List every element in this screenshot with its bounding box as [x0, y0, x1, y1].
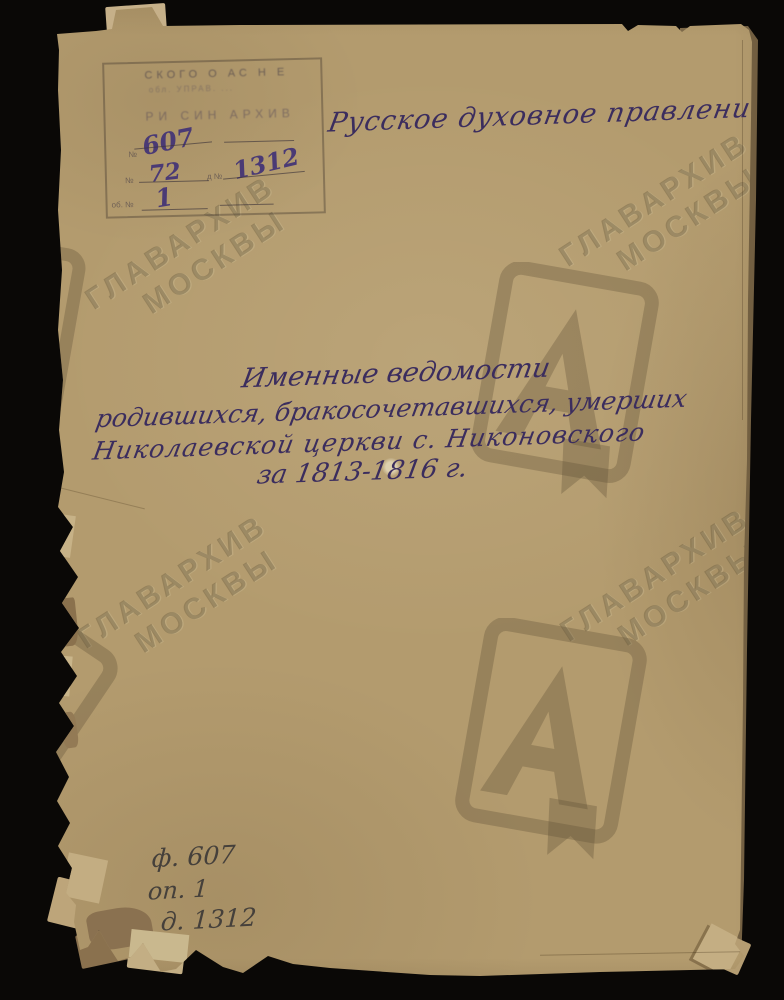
- glavarkhiv-logo-icon: [0, 230, 92, 454]
- stamp-row3-label: об. №: [111, 200, 133, 210]
- torn-edge-fragment: [58, 597, 80, 647]
- stamp-row2-label: №: [125, 176, 134, 185]
- torn-edge-fragment: [55, 514, 76, 558]
- handwritten-title-line: за 1813-1816 г.: [255, 453, 470, 490]
- stamp-delo-number: 1312: [230, 141, 302, 185]
- archive-reference-opis: оп. 1: [147, 874, 209, 905]
- stamp-header-line2: обл. УПРАВ. ...: [149, 83, 234, 94]
- archive-stamp: СКОГО О АС Н Е обл. УПРАВ. ... РИ СИН АР…: [102, 57, 326, 218]
- stamp-row1-label: №: [128, 150, 137, 159]
- archive-reference-fond: ф. 607: [151, 840, 236, 873]
- archive-folder-cover: ГЛАВАРХИВ МОСКВЫ ГЛАВАРХИВ МОСКВЫ ГЛАВАР…: [0, 0, 784, 1000]
- handwritten-header-title: Русское духовное правление: [326, 92, 771, 138]
- stamp-rule: [220, 204, 274, 206]
- stamp-row2-label2: д №: [207, 172, 223, 181]
- archive-reference-delo: д. 1312: [160, 903, 257, 937]
- stamp-fond-number: 607: [140, 122, 197, 161]
- stamp-rule: [224, 140, 294, 143]
- stamp-header-line3: РИ СИН АРХИВ: [145, 106, 295, 124]
- stamp-header-line1: СКОГО О АС Н Е: [144, 66, 288, 82]
- glavarkhiv-logo-icon: [446, 618, 654, 863]
- paper-crease: [61, 488, 145, 510]
